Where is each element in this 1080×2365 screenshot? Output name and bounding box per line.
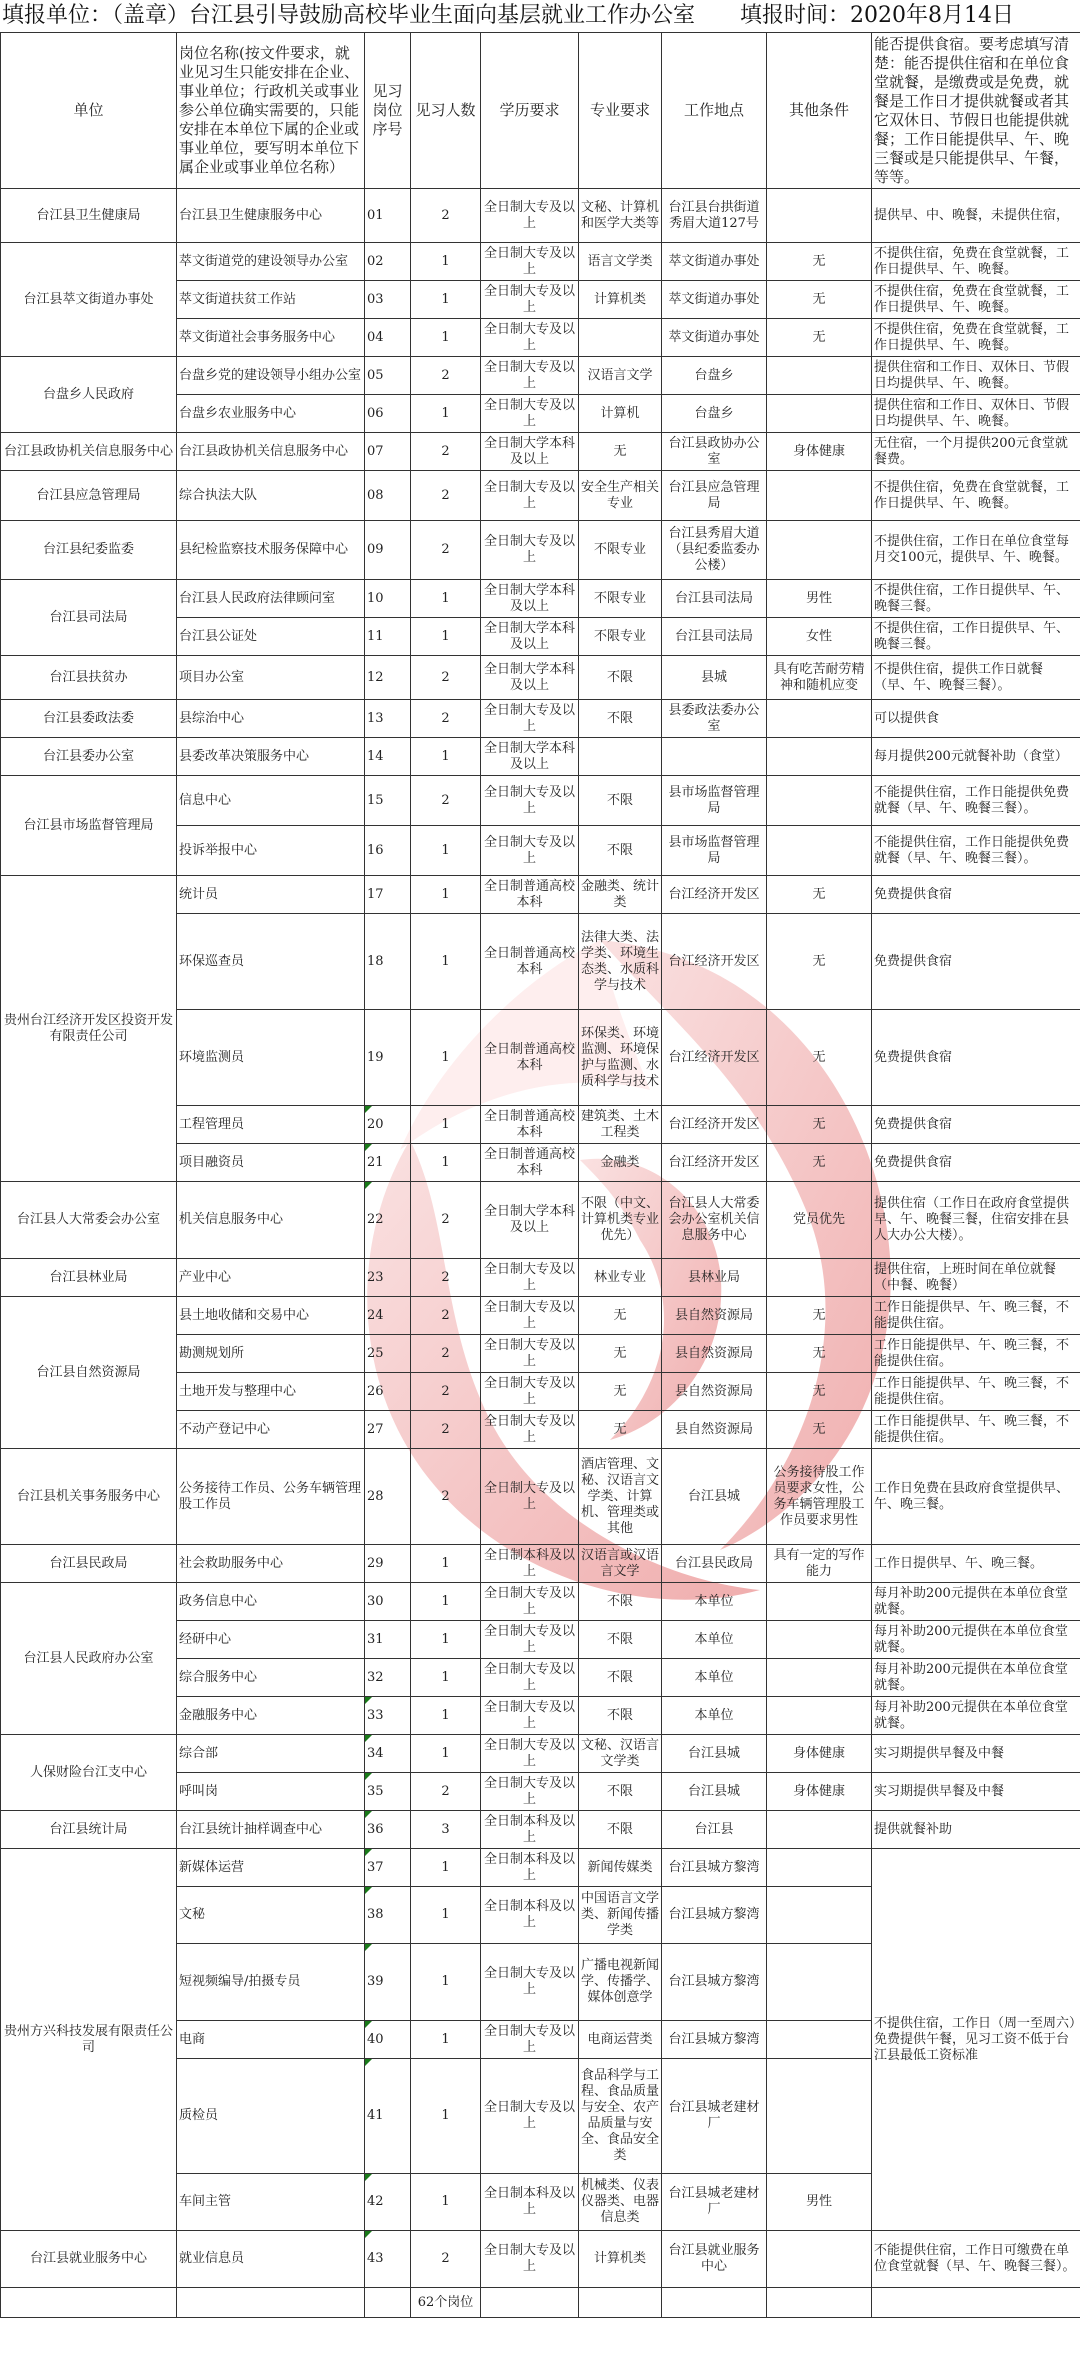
cell-board: 不提供住宿，免费在食堂就餐，工作日提供早、午、晚餐。 xyxy=(872,243,1080,281)
cell-major: 不限专业 xyxy=(579,580,662,618)
cell-count: 1 xyxy=(411,1106,481,1144)
cell-count: 2 xyxy=(411,521,481,580)
cell-position: 台江县政协机关信息服务中心 xyxy=(177,433,365,471)
cell-position: 政务信息中心 xyxy=(177,1583,365,1621)
cell-unit: 台江县扶贫办 xyxy=(1,656,177,700)
cell-major: 不限 xyxy=(579,1621,662,1659)
cell-board: 每月补助200元提供在本单位食堂就餐。 xyxy=(872,1583,1080,1621)
cell-count: 3 xyxy=(411,1811,481,1849)
cell-seq: 28 xyxy=(365,1449,411,1545)
cell-seq: 21 xyxy=(365,1144,411,1182)
cell-unit: 台江县林业局 xyxy=(1,1259,177,1297)
cell-unit: 台江县就业服务中心 xyxy=(1,2231,177,2288)
cell-major: 中国语言文学类、新闻传播学类 xyxy=(579,1887,662,1944)
cell-other: 无 xyxy=(767,243,872,281)
cell-seq: 04 xyxy=(365,319,411,357)
cell-seq: 14 xyxy=(365,738,411,776)
table-header-row: 单位 岗位名称(按文件要求，就业见习生只能安排在企业、事业单位；行政机关或事业参… xyxy=(1,33,1080,189)
total-positions: 62个岗位 xyxy=(411,2288,481,2318)
cell-location: 萃文街道办事处 xyxy=(662,243,767,281)
cell-unit: 台江县卫生健康局 xyxy=(1,189,177,243)
cell-unit: 台江县应急管理局 xyxy=(1,471,177,521)
cell-other xyxy=(767,776,872,826)
cell-position: 产业中心 xyxy=(177,1259,365,1297)
cell-unit: 台江县萃文街道办事处 xyxy=(1,243,177,357)
reporting-unit: 填报单位：（盖章）台江县引导鼓励高校毕业生面向基层就业工作办公室 xyxy=(2,0,695,32)
cell-major: 不限（中文、计算机类专业优先） xyxy=(579,1182,662,1259)
cell-count: 2 xyxy=(411,471,481,521)
cell-position: 萃文街道扶贫工作站 xyxy=(177,281,365,319)
cell-location: 台江县 xyxy=(662,1811,767,1849)
cell-location: 台江县政协办公室 xyxy=(662,433,767,471)
table-row: 台江县萃文街道办事处萃文街道党的建设领导办公室021全日制大专及以上语言文学类萃… xyxy=(1,243,1080,281)
cell-unit: 贵州方兴科技发展有限责任公司 xyxy=(1,1849,177,2231)
cell-other xyxy=(767,826,872,876)
table-row: 台江县市场监督管理局信息中心152全日制大专及以上不限县市场监督管理局不能提供住… xyxy=(1,776,1080,826)
cell-seq: 17 xyxy=(365,876,411,914)
cell-other xyxy=(767,357,872,395)
cell-other xyxy=(767,1944,872,2021)
cell-board: 不提供住宿，工作日在单位食堂每月交100元，提供早、午、晚餐。 xyxy=(872,521,1080,580)
cell-seq: 15 xyxy=(365,776,411,826)
cell-seq: 23 xyxy=(365,1259,411,1297)
cell-other: 身体健康 xyxy=(767,433,872,471)
cell-education: 全日制大专及以上 xyxy=(481,1373,579,1411)
cell-board: 每月补助200元提供在本单位食堂就餐。 xyxy=(872,1659,1080,1697)
cell-major: 不限 xyxy=(579,700,662,738)
cell-position: 萃文街道党的建设领导办公室 xyxy=(177,243,365,281)
reporting-date: 填报时间：2020年8月14日 xyxy=(740,0,1014,32)
cell-other: 身体健康 xyxy=(767,1773,872,1811)
cell-seq: 20 xyxy=(365,1106,411,1144)
cell-position: 新媒体运营 xyxy=(177,1849,365,1887)
cell-location: 萃文街道办事处 xyxy=(662,281,767,319)
col-count: 见习人数 xyxy=(411,33,481,189)
cell-education: 全日制大专及以上 xyxy=(481,357,579,395)
cell-education: 全日制大专及以上 xyxy=(481,1335,579,1373)
cell-board: 每月补助200元提供在本单位食堂就餐。 xyxy=(872,1621,1080,1659)
cell-major: 环保类、环境监测、环境保护与监测、水质科学与技术 xyxy=(579,1010,662,1106)
cell-education: 全日制大专及以上 xyxy=(481,281,579,319)
cell-position: 公务接待工作员、公务车辆管理股工作员 xyxy=(177,1449,365,1545)
cell-education: 全日制大专及以上 xyxy=(481,1411,579,1449)
cell-major: 不限 xyxy=(579,1697,662,1735)
cell-other xyxy=(767,1259,872,1297)
cell-other: 男性 xyxy=(767,2174,872,2231)
cell-other xyxy=(767,738,872,776)
cell-seq: 08 xyxy=(365,471,411,521)
cell-board: 工作日免费在县政府食堂提供早、午、晚三餐。 xyxy=(872,1449,1080,1545)
cell-unit: 台江县机关事务服务中心 xyxy=(1,1449,177,1545)
cell-position: 台盘乡党的建设领导小组办公室 xyxy=(177,357,365,395)
cell-other xyxy=(767,1887,872,1944)
cell-education: 全日制大学本科及以上 xyxy=(481,618,579,656)
cell-unit: 台江县司法局 xyxy=(1,580,177,656)
cell-board: 提供早、中、晚餐，未提供住宿， xyxy=(872,189,1080,243)
cell-education: 全日制大专及以上 xyxy=(481,395,579,433)
cell-seq: 12 xyxy=(365,656,411,700)
cell-position: 土地开发与整理中心 xyxy=(177,1373,365,1411)
table-row: 台江县就业服务中心就业信息员432全日制大专及以上计算机类台江县就业服务中心不能… xyxy=(1,2231,1080,2288)
cell-board: 提供住宿，上班时间在单位就餐（中餐、晚餐） xyxy=(872,1259,1080,1297)
col-location: 工作地点 xyxy=(662,33,767,189)
cell-seq: 34 xyxy=(365,1735,411,1773)
table-row: 台江县机关事务服务中心公务接待工作员、公务车辆管理股工作员282全日制大专及以上… xyxy=(1,1449,1080,1545)
cell-major: 文秘、汉语言文学类 xyxy=(579,1735,662,1773)
cell-seq: 01 xyxy=(365,189,411,243)
cell-board: 实习期提供早餐及中餐 xyxy=(872,1735,1080,1773)
cell-seq: 13 xyxy=(365,700,411,738)
table-row: 台江县司法局台江县人民政府法律顾问室101全日制大学本科及以上不限专业台江县司法… xyxy=(1,580,1080,618)
cell-location: 台江经济开发区 xyxy=(662,1010,767,1106)
table-row: 台江县纪委监委县纪检监察技术服务保障中心092全日制大专及以上不限专业台江县秀眉… xyxy=(1,521,1080,580)
cell-education: 全日制本科及以上 xyxy=(481,1887,579,1944)
cell-education: 全日制大专及以上 xyxy=(481,243,579,281)
cell-seq: 16 xyxy=(365,826,411,876)
cell-location: 台江县城 xyxy=(662,1449,767,1545)
cell-count: 1 xyxy=(411,243,481,281)
cell-location: 台江县城方黎湾 xyxy=(662,1849,767,1887)
cell-count: 2 xyxy=(411,776,481,826)
cell-other: 公务接待股工作员要求女性，公务车辆管理股工作员要求男性 xyxy=(767,1449,872,1545)
cell-location: 台江县司法局 xyxy=(662,618,767,656)
cell-count: 2 xyxy=(411,1449,481,1545)
cell-other: 具有吃苦耐劳精神和随机应变 xyxy=(767,656,872,700)
cell-seq: 24 xyxy=(365,1297,411,1335)
cell-seq: 42 xyxy=(365,2174,411,2231)
cell-major: 计算机 xyxy=(579,395,662,433)
cell-location: 本单位 xyxy=(662,1697,767,1735)
cell-seq: 03 xyxy=(365,281,411,319)
cell-location: 台江县人大常委会办公室机关信息服务中心 xyxy=(662,1182,767,1259)
cell-location: 台盘乡 xyxy=(662,357,767,395)
cell-count: 1 xyxy=(411,580,481,618)
cell-position: 台江县统计抽样调查中心 xyxy=(177,1811,365,1849)
cell-unit: 台江县人大常委会办公室 xyxy=(1,1182,177,1259)
cell-board: 工作日能提供早、午、晚三餐，不能提供住宿。 xyxy=(872,1411,1080,1449)
cell-count: 1 xyxy=(411,2021,481,2059)
cell-location: 县委政法委办公室 xyxy=(662,700,767,738)
cell-seq: 38 xyxy=(365,1887,411,1944)
cell-major: 不限 xyxy=(579,776,662,826)
cell-other xyxy=(767,471,872,521)
cell-location: 县自然资源局 xyxy=(662,1411,767,1449)
cell-unit: 台江县统计局 xyxy=(1,1811,177,1849)
cell-seq: 32 xyxy=(365,1659,411,1697)
cell-major: 不限 xyxy=(579,826,662,876)
cell-education: 全日制大专及以上 xyxy=(481,1297,579,1335)
cell-position: 不动产登记中心 xyxy=(177,1411,365,1449)
cell-position: 环保巡查员 xyxy=(177,914,365,1010)
cell-count: 2 xyxy=(411,189,481,243)
cell-position: 项目融资员 xyxy=(177,1144,365,1182)
cell-education: 全日制普通高校本科 xyxy=(481,1106,579,1144)
cell-board: 每月提供200元就餐补助（食堂） xyxy=(872,738,1080,776)
col-major: 专业要求 xyxy=(579,33,662,189)
cell-count: 2 xyxy=(411,1373,481,1411)
cell-count: 1 xyxy=(411,1010,481,1106)
cell-education: 全日制大专及以上 xyxy=(481,700,579,738)
table-row: 台江县扶贫办项目办公室122全日制大学本科及以上不限县城具有吃苦耐劳精神和随机应… xyxy=(1,656,1080,700)
cell-seq: 35 xyxy=(365,1773,411,1811)
cell-location: 台江县城老建材厂 xyxy=(662,2059,767,2174)
cell-board: 实习期提供早餐及中餐 xyxy=(872,1773,1080,1811)
cell-other xyxy=(767,1659,872,1697)
cell-position: 电商 xyxy=(177,2021,365,2059)
cell-position: 台江县公证处 xyxy=(177,618,365,656)
cell-education: 全日制大专及以上 xyxy=(481,1583,579,1621)
cell-major: 无 xyxy=(579,1335,662,1373)
cell-position: 短视频编导/拍摄专员 xyxy=(177,1944,365,2021)
cell-seq: 18 xyxy=(365,914,411,1010)
cell-seq: 22 xyxy=(365,1182,411,1259)
cell-seq: 25 xyxy=(365,1335,411,1373)
cell-count: 1 xyxy=(411,319,481,357)
cell-board: 不提供住宿，免费在食堂就餐，工作日提供早、午、晚餐。 xyxy=(872,471,1080,521)
cell-count: 2 xyxy=(411,1297,481,1335)
cell-location: 台江县城方黎湾 xyxy=(662,2021,767,2059)
cell-education: 全日制大专及以上 xyxy=(481,2021,579,2059)
cell-major: 金融类 xyxy=(579,1144,662,1182)
cell-other: 身体健康 xyxy=(767,1735,872,1773)
cell-board: 不提供住宿，提供工作日就餐（早、午、晚餐三餐）。 xyxy=(872,656,1080,700)
cell-board: 工作日提供早、午、晚三餐。 xyxy=(872,1545,1080,1583)
cell-board: 免费提供食宿 xyxy=(872,876,1080,914)
cell-board: 不能提供住宿，工作日能提供免费就餐（早、午、晚餐三餐）。 xyxy=(872,826,1080,876)
cell-other xyxy=(767,1849,872,1887)
cell-seq: 30 xyxy=(365,1583,411,1621)
cell-board: 提供住宿（工作日在政府食堂提供早、午、晚餐三餐，住宿安排在县人大办公大楼）。 xyxy=(872,1182,1080,1259)
cell-location: 台江县司法局 xyxy=(662,580,767,618)
cell-count: 1 xyxy=(411,1944,481,2021)
cell-board: 不提供住宿，工作日提供早、午、晚餐三餐。 xyxy=(872,618,1080,656)
cell-count: 1 xyxy=(411,738,481,776)
cell-board: 提供住宿和工作日、双休日、节假日均提供早、午、晚餐。 xyxy=(872,395,1080,433)
cell-education: 全日制大专及以上 xyxy=(481,1259,579,1297)
cell-seq: 11 xyxy=(365,618,411,656)
cell-education: 全日制大专及以上 xyxy=(481,1449,579,1545)
cell-other xyxy=(767,1697,872,1735)
cell-board: 不提供住宿，免费在食堂就餐，工作日提供早、午、晚餐。 xyxy=(872,281,1080,319)
cell-count: 2 xyxy=(411,1259,481,1297)
cell-unit: 贵州台江经济开发区投资开发有限责任公司 xyxy=(1,876,177,1182)
cell-position: 投诉举报中心 xyxy=(177,826,365,876)
cell-education: 全日制本科及以上 xyxy=(481,1849,579,1887)
cell-position: 车间主管 xyxy=(177,2174,365,2231)
cell-position: 信息中心 xyxy=(177,776,365,826)
cell-board: 工作日能提供早、午、晚三餐，不能提供住宿。 xyxy=(872,1297,1080,1335)
cell-major: 电商运营类 xyxy=(579,2021,662,2059)
cell-seq: 37 xyxy=(365,1849,411,1887)
cell-position: 项目办公室 xyxy=(177,656,365,700)
cell-education: 全日制大学本科及以上 xyxy=(481,1182,579,1259)
cell-location: 台江县城方黎湾 xyxy=(662,1944,767,2021)
cell-position: 综合部 xyxy=(177,1735,365,1773)
cell-other: 无 xyxy=(767,1106,872,1144)
cell-education: 全日制普通高校本科 xyxy=(481,876,579,914)
cell-major: 不限 xyxy=(579,1583,662,1621)
cell-location: 县城 xyxy=(662,656,767,700)
cell-major: 无 xyxy=(579,1297,662,1335)
cell-major: 不限专业 xyxy=(579,521,662,580)
cell-major: 语言文学类 xyxy=(579,243,662,281)
cell-unit: 台江县市场监督管理局 xyxy=(1,776,177,876)
col-unit: 单位 xyxy=(1,33,177,189)
cell-other: 无 xyxy=(767,1335,872,1373)
cell-location: 台江县应急管理局 xyxy=(662,471,767,521)
cell-position: 经研中心 xyxy=(177,1621,365,1659)
cell-seq: 05 xyxy=(365,357,411,395)
cell-board: 不能提供住宿，工作日能提供免费就餐（早、午、晚餐三餐）。 xyxy=(872,776,1080,826)
cell-count: 2 xyxy=(411,1335,481,1373)
cell-location: 台江经济开发区 xyxy=(662,914,767,1010)
cell-education: 全日制大专及以上 xyxy=(481,1735,579,1773)
cell-unit: 台江县委办公室 xyxy=(1,738,177,776)
cell-location: 县自然资源局 xyxy=(662,1297,767,1335)
cell-location xyxy=(662,738,767,776)
cell-unit: 台江县自然资源局 xyxy=(1,1297,177,1449)
col-position: 岗位名称(按文件要求，就业见习生只能安排在企业、事业单位；行政机关或事业参公单位… xyxy=(177,33,365,189)
cell-position: 社会救助服务中心 xyxy=(177,1545,365,1583)
cell-major: 无 xyxy=(579,433,662,471)
cell-education: 全日制大专及以上 xyxy=(481,776,579,826)
cell-position: 金融服务中心 xyxy=(177,1697,365,1735)
cell-education: 全日制大专及以上 xyxy=(481,471,579,521)
cell-position: 台江县人民政府法律顾问室 xyxy=(177,580,365,618)
cell-board: 工作日能提供早、午、晚三餐，不能提供住宿。 xyxy=(872,1335,1080,1373)
cell-major: 无 xyxy=(579,1411,662,1449)
cell-location: 县自然资源局 xyxy=(662,1373,767,1411)
cell-count: 1 xyxy=(411,1144,481,1182)
cell-position: 文秘 xyxy=(177,1887,365,1944)
cell-education: 全日制大学本科及以上 xyxy=(481,433,579,471)
cell-count: 1 xyxy=(411,1735,481,1773)
cell-count: 2 xyxy=(411,2231,481,2288)
cell-seq: 41 xyxy=(365,2059,411,2174)
cell-other: 无 xyxy=(767,914,872,1010)
cell-other xyxy=(767,2231,872,2288)
table-row: 台江县人大常委会办公室机关信息服务中心222全日制大学本科及以上不限（中文、计算… xyxy=(1,1182,1080,1259)
cell-count: 1 xyxy=(411,1621,481,1659)
cell-other: 女性 xyxy=(767,618,872,656)
cell-seq: 39 xyxy=(365,1944,411,2021)
cell-unit: 台江县民政局 xyxy=(1,1545,177,1583)
table-row: 台江县委政法委县综治中心132全日制大专及以上不限县委政法委办公室可以提供食 xyxy=(1,700,1080,738)
cell-location: 台江县台拱街道秀眉大道127号 xyxy=(662,189,767,243)
cell-other xyxy=(767,1621,872,1659)
cell-education: 全日制普通高校本科 xyxy=(481,1144,579,1182)
cell-count: 1 xyxy=(411,618,481,656)
internship-positions-table: 单位 岗位名称(按文件要求，就业见习生只能安排在企业、事业单位；行政机关或事业参… xyxy=(0,32,1080,2318)
cell-major: 不限 xyxy=(579,1811,662,1849)
cell-count: 1 xyxy=(411,1659,481,1697)
cell-count: 2 xyxy=(411,1182,481,1259)
table-row: 台江县民政局社会救助服务中心291全日制本科及以上汉语言或汉语言文学台江县民政局… xyxy=(1,1545,1080,1583)
total-row: 62个岗位 xyxy=(1,2288,1080,2318)
cell-location: 台江县秀眉大道（县纪委监委办公楼） xyxy=(662,521,767,580)
cell-major: 不限专业 xyxy=(579,618,662,656)
cell-education: 全日制大学本科及以上 xyxy=(481,738,579,776)
cell-location: 本单位 xyxy=(662,1659,767,1697)
cell-major: 新闻传媒类 xyxy=(579,1849,662,1887)
cell-seq: 27 xyxy=(365,1411,411,1449)
cell-education: 全日制大专及以上 xyxy=(481,2231,579,2288)
col-education: 学历要求 xyxy=(481,33,579,189)
cell-other: 无 xyxy=(767,281,872,319)
form-header: 填报单位：（盖章）台江县引导鼓励高校毕业生面向基层就业工作办公室 填报时间：20… xyxy=(0,0,1080,32)
cell-count: 2 xyxy=(411,1411,481,1449)
cell-location: 县自然资源局 xyxy=(662,1335,767,1373)
table-row: 台江县政协机关信息服务中心台江县政协机关信息服务中心072全日制大学本科及以上无… xyxy=(1,433,1080,471)
cell-major: 文秘、计算机和医学大类等 xyxy=(579,189,662,243)
cell-position: 质检员 xyxy=(177,2059,365,2174)
cell-seq: 19 xyxy=(365,1010,411,1106)
col-board: 能否提供食宿。要考虑填写清楚：能否提供住宿和在单位食堂就餐，是缴费或是免费，就餐… xyxy=(872,33,1080,189)
cell-education: 全日制大专及以上 xyxy=(481,189,579,243)
cell-location: 台江县城老建材厂 xyxy=(662,2174,767,2231)
cell-other xyxy=(767,189,872,243)
cell-position: 工程管理员 xyxy=(177,1106,365,1144)
cell-education: 全日制大专及以上 xyxy=(481,319,579,357)
table-row: 台江县林业局产业中心232全日制大专及以上林业专业县林业局提供住宿，上班时间在单… xyxy=(1,1259,1080,1297)
table-row: 贵州台江经济开发区投资开发有限责任公司统计员171全日制普通高校本科金融类、统计… xyxy=(1,876,1080,914)
cell-unit: 人保财险台江支中心 xyxy=(1,1735,177,1811)
cell-count: 1 xyxy=(411,2059,481,2174)
cell-location: 台江县城 xyxy=(662,1773,767,1811)
cell-count: 1 xyxy=(411,826,481,876)
cell-position: 统计员 xyxy=(177,876,365,914)
cell-major: 法律大类、法学类、环境生态类、水质科学与技术 xyxy=(579,914,662,1010)
cell-other: 无 xyxy=(767,1010,872,1106)
table-row: 人保财险台江支中心综合部341全日制大专及以上文秘、汉语言文学类台江县城身体健康… xyxy=(1,1735,1080,1773)
cell-position: 县委改革决策服务中心 xyxy=(177,738,365,776)
cell-education: 全日制大专及以上 xyxy=(481,1659,579,1697)
cell-location: 台江经济开发区 xyxy=(662,1144,767,1182)
cell-other: 无 xyxy=(767,319,872,357)
cell-count: 1 xyxy=(411,1697,481,1735)
cell-other xyxy=(767,700,872,738)
cell-location: 台江经济开发区 xyxy=(662,1106,767,1144)
cell-unit: 台盘乡人民政府 xyxy=(1,357,177,433)
cell-major: 食品科学与工程、食品质量与安全、农产品质量与安全、食品安全类 xyxy=(579,2059,662,2174)
cell-major xyxy=(579,319,662,357)
cell-count: 1 xyxy=(411,1545,481,1583)
cell-education: 全日制大学本科及以上 xyxy=(481,580,579,618)
table-row: 台江县委办公室县委改革决策服务中心141全日制大学本科及以上每月提供200元就餐… xyxy=(1,738,1080,776)
cell-unit: 台江县委政法委 xyxy=(1,700,177,738)
cell-seq: 33 xyxy=(365,1697,411,1735)
cell-major: 安全生产相关专业 xyxy=(579,471,662,521)
cell-seq: 26 xyxy=(365,1373,411,1411)
cell-position: 县纪检监察技术服务保障中心 xyxy=(177,521,365,580)
cell-board: 无住宿，一个月提供200元食堂就餐费。 xyxy=(872,433,1080,471)
cell-count: 2 xyxy=(411,433,481,471)
cell-other: 男性 xyxy=(767,580,872,618)
table-row: 台江县人民政府办公室政务信息中心301全日制大专及以上不限本单位每月补助200元… xyxy=(1,1583,1080,1621)
cell-position: 萃文街道社会事务服务中心 xyxy=(177,319,365,357)
cell-other: 无 xyxy=(767,1144,872,1182)
cell-board: 免费提供食宿 xyxy=(872,1144,1080,1182)
cell-education: 全日制本科及以上 xyxy=(481,2174,579,2231)
cell-seq: 31 xyxy=(365,1621,411,1659)
cell-major: 酒店管理、文秘、汉语言文学类、计算机、管理类或其他 xyxy=(579,1449,662,1545)
cell-major: 无 xyxy=(579,1373,662,1411)
cell-count: 1 xyxy=(411,914,481,1010)
cell-major: 不限 xyxy=(579,656,662,700)
cell-other xyxy=(767,2059,872,2174)
cell-major: 不限 xyxy=(579,1659,662,1697)
cell-education: 全日制本科及以上 xyxy=(481,1811,579,1849)
